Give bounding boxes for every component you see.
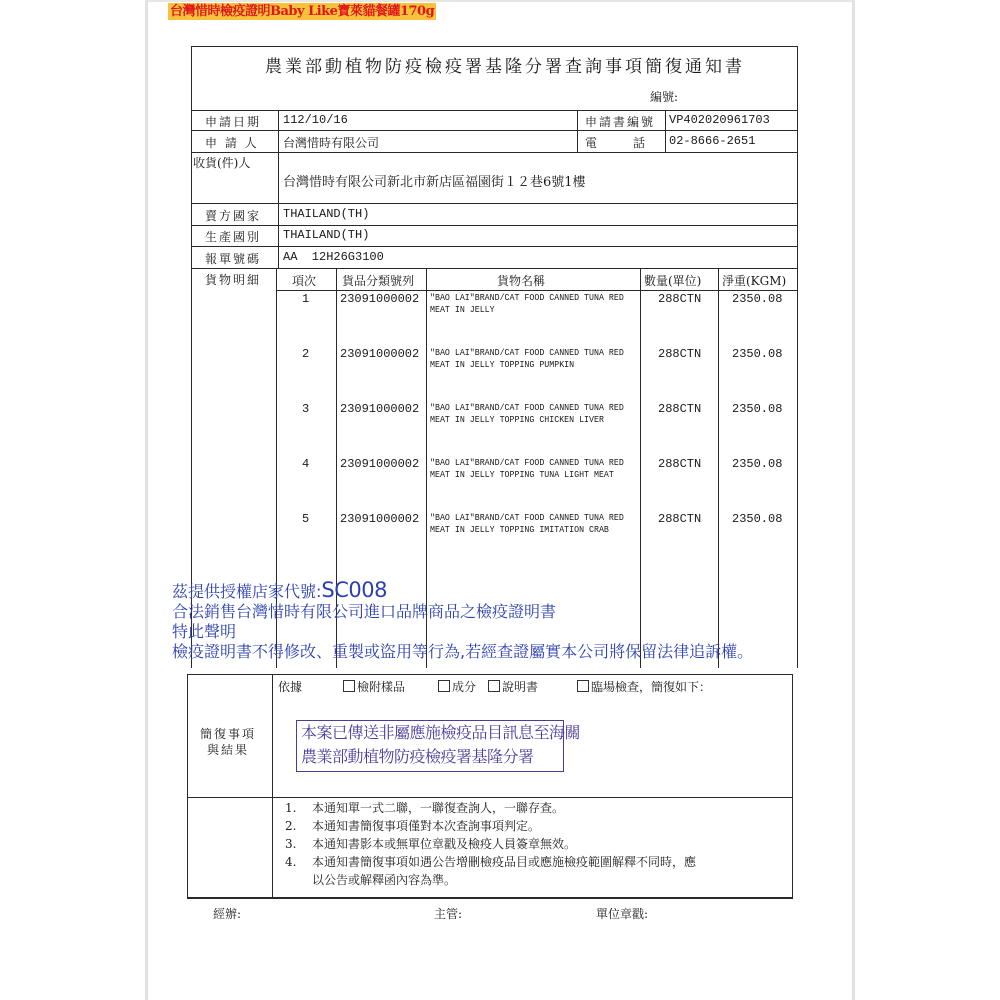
goods-qty: 288CTN xyxy=(658,457,701,471)
seller-country-label: 賣方國家 xyxy=(205,207,261,224)
goods-detail-label: 貨物明細 xyxy=(205,271,261,288)
authorization-statement: 茲提供授權店家代號:SC008 合法銷售台灣惜時有限公司進口品牌商品之檢疫證明書… xyxy=(172,580,753,662)
checkbox-ingredients[interactable]: 成分 xyxy=(438,678,476,695)
header-item-no: 項次 xyxy=(292,272,316,289)
declaration-no-value: AA 12H26G3100 xyxy=(283,250,384,264)
checkbox-icon xyxy=(343,680,355,692)
goods-weight: 2350.08 xyxy=(732,402,782,416)
note-item: 1.本通知單一式二聯，一聯復查詢人，一聯存查。 xyxy=(285,799,696,817)
basis-label: 依據 xyxy=(278,678,302,695)
goods-qty: 288CTN xyxy=(658,512,701,526)
header-weight: 淨重(KGM) xyxy=(722,272,786,289)
declaration-no-label: 報單號碼 xyxy=(205,250,261,267)
applicant-label: 申 請 人 xyxy=(205,134,259,151)
note-item: 4.本通知書簡復事項如遇公告增刪檢疫品目或應施檢疫範圍解釋不同時，應 xyxy=(285,853,696,871)
document-banner: 台灣惜時檢疫證明Baby Like寶萊貓餐罐170g xyxy=(168,3,436,20)
seller-country-value: THAILAND(TH) xyxy=(283,207,369,221)
header-code: 貨品分類號列 xyxy=(342,272,414,289)
header-qty: 數量(單位) xyxy=(644,272,701,289)
phone-label: 電 話 xyxy=(585,134,645,151)
goods-qty: 288CTN xyxy=(658,292,701,306)
checkbox-icon xyxy=(577,680,589,692)
goods-item-no: 1 xyxy=(302,292,309,306)
form-no-value: VP402020961703 xyxy=(669,113,770,127)
signature-handler: 經辦: xyxy=(213,905,241,922)
notes-list: 1.本通知單一式二聯，一聯復查詢人，一聯存查。2.本通知書簡復事項僅對本次查詢事… xyxy=(285,799,696,889)
note-item: 以公告或解釋函內容為準。 xyxy=(285,871,696,889)
origin-country-label: 生產國別 xyxy=(205,228,261,245)
checkbox-onsite[interactable]: 臨場檢查，簡復如下： xyxy=(577,678,711,695)
apply-date-label: 申請日期 xyxy=(205,113,261,130)
goods-name: "BAO LAI"BRAND/CAT FOOD CANNED TUNA RED … xyxy=(430,402,634,426)
goods-item-no: 3 xyxy=(302,402,309,416)
consignee-value: 台灣惜時有限公司新北市新店區福園街１２巷6號1樓 xyxy=(283,171,586,190)
applicant-value: 台灣惜時有限公司 xyxy=(283,134,379,151)
document-title: 農業部動植物防疫檢疫署基隆分署查詢事項簡復通知書 xyxy=(265,52,745,77)
signature-unit-seal: 單位章戳: xyxy=(596,905,648,922)
form-no-label: 申請書編號 xyxy=(585,113,655,130)
note-item: 2.本通知書簡復事項僅對本次查詢事項判定。 xyxy=(285,817,696,835)
checkbox-icon xyxy=(488,680,500,692)
reply-section-label-1: 簡復事項 xyxy=(200,725,256,742)
overlay-line-1: 茲提供授權店家代號: xyxy=(172,582,321,601)
goods-code: 23091000002 xyxy=(340,512,419,526)
goods-item-no: 4 xyxy=(302,457,309,471)
phone-value: 02-8666-2651 xyxy=(669,134,755,148)
goods-code: 23091000002 xyxy=(340,347,419,361)
goods-name: "BAO LAI"BRAND/CAT FOOD CANNED TUNA RED … xyxy=(430,347,634,371)
goods-code: 23091000002 xyxy=(340,292,419,306)
goods-item-no: 2 xyxy=(302,347,309,361)
reply-section-label-2: 與結果 xyxy=(207,741,249,758)
goods-qty: 288CTN xyxy=(658,347,701,361)
goods-code: 23091000002 xyxy=(340,402,419,416)
goods-qty: 288CTN xyxy=(658,402,701,416)
goods-weight: 2350.08 xyxy=(732,512,782,526)
overlay-line-2: 合法銷售台灣惜時有限公司進口品牌商品之檢疫證明書 xyxy=(172,602,753,622)
checkbox-sample[interactable]: 檢附樣品 xyxy=(343,678,405,695)
goods-name: "BAO LAI"BRAND/CAT FOOD CANNED TUNA RED … xyxy=(430,457,634,481)
goods-weight: 2350.08 xyxy=(732,347,782,361)
overlay-line-4: 檢疫證明書不得修改、重製或盜用等行為,若經查證屬實本公司將保留法律追訴權。 xyxy=(172,642,753,662)
checkbox-icon xyxy=(438,680,450,692)
signature-supervisor: 主管: xyxy=(434,905,462,922)
goods-code: 23091000002 xyxy=(340,457,419,471)
origin-country-value: THAILAND(TH) xyxy=(283,228,369,242)
store-code: SC008 xyxy=(321,578,387,602)
goods-weight: 2350.08 xyxy=(732,457,782,471)
header-name: 貨物名稱 xyxy=(497,272,545,289)
goods-name: "BAO LAI"BRAND/CAT FOOD CANNED TUNA RED … xyxy=(430,512,634,536)
official-stamp: 本案已傳送非屬應施檢疫品目訊息至海關 農業部動植物防疫檢疫署基隆分署 xyxy=(296,720,564,772)
checkbox-manual[interactable]: 說明書 xyxy=(488,678,538,695)
note-item: 3.本通知書影本或無單位章戳及檢疫人員簽章無效。 xyxy=(285,835,696,853)
goods-item-no: 5 xyxy=(302,512,309,526)
apply-date-value: 112/10/16 xyxy=(283,113,348,127)
consignee-label: 收貨(件)人 xyxy=(193,154,250,171)
goods-name: "BAO LAI"BRAND/CAT FOOD CANNED TUNA RED … xyxy=(430,292,634,316)
serial-label: 編號: xyxy=(650,88,678,105)
overlay-line-3: 特此聲明 xyxy=(172,622,753,642)
goods-weight: 2350.08 xyxy=(732,292,782,306)
